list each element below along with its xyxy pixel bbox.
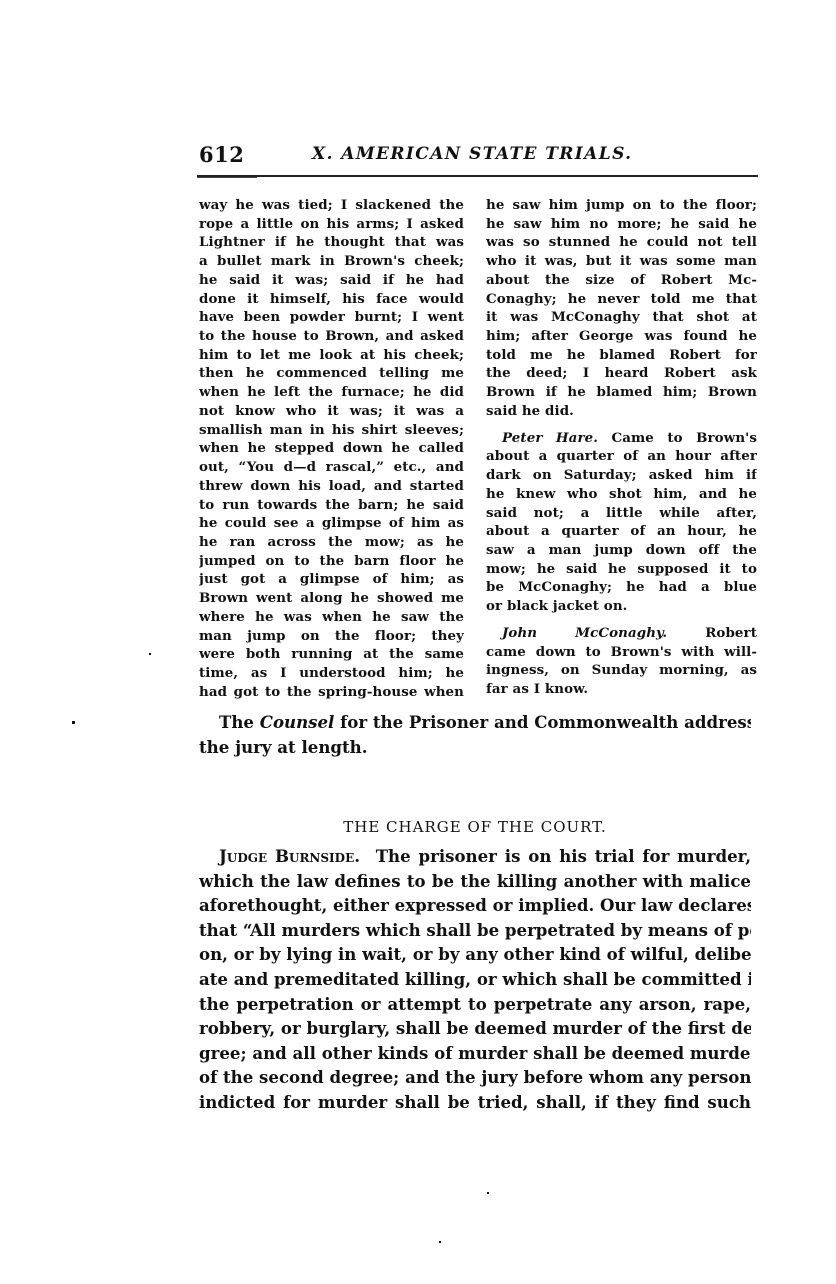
charge-paragraph: Judge Burnside. The prisoner is on his t… bbox=[199, 844, 751, 1115]
header-rule bbox=[197, 175, 758, 177]
left-column: way he was tied; I slackened the rope a … bbox=[199, 196, 464, 701]
text-line: on, or by lying in wait, or by any other… bbox=[199, 942, 751, 967]
scan-speck bbox=[149, 653, 151, 655]
text-line: Brown went along he showed me bbox=[199, 589, 464, 608]
counsel-paragraph: The Counsel for the Prisoner and Commonw… bbox=[199, 710, 751, 759]
text-line: have been powder burnt; I went bbox=[199, 308, 464, 327]
text-line: aforethought, either expressed or implie… bbox=[199, 893, 751, 918]
text-fragment: The prisoner is on his trial for murder, bbox=[376, 846, 751, 866]
text-line: of the second degree; and the jury befor… bbox=[199, 1065, 751, 1090]
text-line: had got to the spring-house when bbox=[199, 683, 464, 702]
right-column: he saw him jump on to the floor; he saw … bbox=[486, 196, 757, 699]
text-line: he saw him no more; he said he bbox=[486, 215, 757, 234]
testimony-peter-hare: Peter Hare. Came to Brown's about a quar… bbox=[486, 429, 757, 616]
text-line: smallish man in his shirt sleeves; bbox=[199, 421, 464, 440]
text-line: jumped on to the barn floor he bbox=[199, 552, 464, 571]
text-line: gree; and all other kinds of murder shal… bbox=[199, 1041, 751, 1066]
text-line: done it himself, his face would bbox=[199, 290, 464, 309]
text-fragment: Came to Brown's bbox=[611, 430, 757, 446]
text-line: he saw him jump on to the floor; bbox=[486, 196, 757, 215]
text-line: or black jacket on. bbox=[486, 597, 757, 616]
text-line: which the law defines to be the killing … bbox=[199, 869, 751, 894]
text-line: him; after George was found he bbox=[486, 327, 757, 346]
text-fragment: Robert bbox=[705, 625, 757, 641]
text-line: John McConaghy. Robert bbox=[486, 624, 757, 643]
page-number: 612 bbox=[199, 142, 244, 167]
text-line: he ran across the mow; as he bbox=[199, 533, 464, 552]
text-line: threw down his load, and started bbox=[199, 477, 464, 496]
running-head-title: X. AMERICAN STATE TRIALS. bbox=[312, 144, 633, 164]
scan-speck bbox=[72, 721, 75, 724]
text-line: Peter Hare. Came to Brown's bbox=[486, 429, 757, 448]
text-line: Brown if he blamed him; Brown bbox=[486, 383, 757, 402]
text-line: ingness, on Sunday morning, as bbox=[486, 661, 757, 680]
speaker-name: Judge Burnside. bbox=[219, 846, 360, 866]
text-line: The Counsel for the Prisoner and Commonw… bbox=[199, 710, 751, 735]
text-line: be McConaghy; he had a blue bbox=[486, 578, 757, 597]
text-line: him to let me look at his cheek; bbox=[199, 346, 464, 365]
text-line: not know who it was; it was a bbox=[199, 402, 464, 421]
text-line: saw a man jump down off the bbox=[486, 541, 757, 560]
text-line: time, as I understood him; he bbox=[199, 664, 464, 683]
text-line: that “All murders which shall be perpetr… bbox=[199, 918, 751, 943]
text-line: about a quarter of an hour after bbox=[486, 447, 757, 466]
text-line: he said it was; said if he had bbox=[199, 271, 464, 290]
text-line: said not; a little while after, bbox=[486, 504, 757, 523]
text-line: he could see a glimpse of him as bbox=[199, 514, 464, 533]
witness-name: John McConaghy. bbox=[502, 625, 667, 641]
text-line: out, “You d—d rascal,” etc., and bbox=[199, 458, 464, 477]
text-line: way he was tied; I slackened the bbox=[199, 196, 464, 215]
text-line: indicted for murder shall be tried, shal… bbox=[199, 1090, 751, 1115]
text-line: a bullet mark in Brown's cheek; bbox=[199, 252, 464, 271]
text-line: to run towards the barn; he said bbox=[199, 496, 464, 515]
text-line: Lightner if he thought that was bbox=[199, 233, 464, 252]
text-line: far as I know. bbox=[486, 680, 757, 699]
text-line: about the size of Robert Mc- bbox=[486, 271, 757, 290]
text-fragment: for the Prisoner and Commonwealth addres… bbox=[334, 712, 751, 732]
text-line: said he did. bbox=[486, 402, 757, 421]
witness-name: Peter Hare. bbox=[502, 430, 598, 446]
book-page: 612 X. AMERICAN STATE TRIALS. way he was… bbox=[0, 0, 836, 1284]
text-line: was so stunned he could not tell bbox=[486, 233, 757, 252]
testimony-continuation: he saw him jump on to the floor; he saw … bbox=[486, 196, 757, 421]
text-line: mow; he said he supposed it to bbox=[486, 560, 757, 579]
text-line: when he stepped down he called bbox=[199, 439, 464, 458]
running-head: 612 X. AMERICAN STATE TRIALS. bbox=[199, 142, 757, 170]
text-line: were both running at the same bbox=[199, 645, 464, 664]
text-line: robbery, or burglary, shall be deemed mu… bbox=[199, 1016, 751, 1041]
text-line: Conaghy; he never told me that bbox=[486, 290, 757, 309]
text-line: told me he blamed Robert for bbox=[486, 346, 757, 365]
text-line: the jury at length. bbox=[199, 735, 751, 760]
section-heading: THE CHARGE OF THE COURT. bbox=[199, 818, 751, 836]
text-line: ate and premeditated killing, or which s… bbox=[199, 967, 751, 992]
text-line: the deed; I heard Robert ask bbox=[486, 364, 757, 383]
text-line: man jump on the floor; they bbox=[199, 627, 464, 646]
scan-speck bbox=[487, 1192, 489, 1194]
text-line: dark on Saturday; asked him if bbox=[486, 466, 757, 485]
text-line: then he commenced telling me bbox=[199, 364, 464, 383]
text-line: came down to Brown's with will- bbox=[486, 643, 757, 662]
text-line: he knew who shot him, and he bbox=[486, 485, 757, 504]
text-line: rope a little on his arms; I asked bbox=[199, 215, 464, 234]
header-rule-accent bbox=[197, 177, 257, 178]
text-line: Judge Burnside. The prisoner is on his t… bbox=[199, 844, 751, 869]
text-line: when he left the furnace; he did bbox=[199, 383, 464, 402]
text-line: where he was when he saw the bbox=[199, 608, 464, 627]
text-line: about a quarter of an hour, he bbox=[486, 522, 757, 541]
testimony-john-mcconaghy: John McConaghy. Robert came down to Brow… bbox=[486, 624, 757, 699]
text-line: just got a glimpse of him; as bbox=[199, 570, 464, 589]
text-line: the perpetration or attempt to perpetrat… bbox=[199, 992, 751, 1017]
text-line: who it was, but it was some man bbox=[486, 252, 757, 271]
text-fragment: The bbox=[219, 712, 260, 732]
italic-term: Counsel bbox=[260, 712, 335, 732]
text-line: to the house to Brown, and asked bbox=[199, 327, 464, 346]
text-line: it was McConaghy that shot at bbox=[486, 308, 757, 327]
scan-speck bbox=[439, 1241, 441, 1243]
